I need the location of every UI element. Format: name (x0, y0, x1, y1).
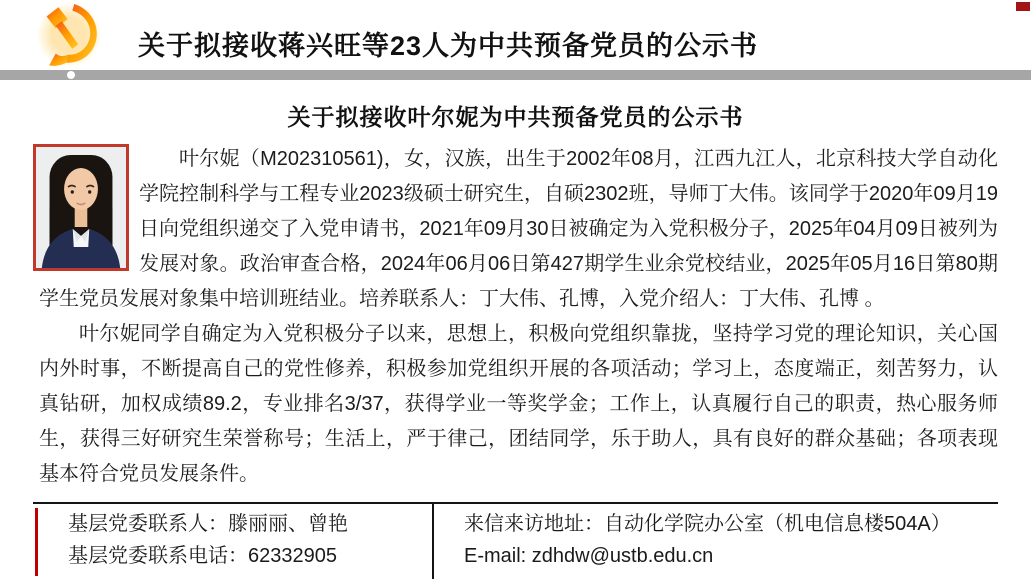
document-body: 叶尔妮（M202310561)，女，汉族，出生于2002年08月，江西九江人，北… (39, 142, 998, 492)
header-title: 关于拟接收蒋兴旺等23人为中共预备党员的公示书 (138, 24, 758, 63)
divider-dot-icon (67, 71, 75, 79)
footer-red-accent (35, 508, 38, 576)
committee-contact: 基层党委联系人：滕丽丽、曾艳 (68, 508, 348, 540)
email-address: E-mail: zdhdw@ustb.edu.cn (464, 540, 951, 572)
committee-phone: 基层党委联系电话：62332905 (68, 540, 348, 572)
document-title: 关于拟接收叶尔妮为中共预备党员的公示书 (0, 99, 1031, 132)
footer-vertical-divider (432, 504, 434, 579)
corner-accent-square (1016, 2, 1030, 11)
visit-address: 来信来访地址：自动化学院办公室（机电信息楼504A） (464, 508, 951, 540)
paragraph-2: 叶尔妮同学自确定为入党积极分子以来，思想上，积极向党组织靠拢，坚持学习党的理论知… (39, 317, 998, 492)
footer-divider-line (33, 502, 998, 504)
paragraph-1: 叶尔妮（M202310561)，女，汉族，出生于2002年08月，江西九江人，北… (39, 142, 998, 317)
applicant-photo (33, 144, 129, 271)
footer-right-block: 来信来访地址：自动化学院办公室（机电信息楼504A） E-mail: zdhdw… (464, 508, 951, 572)
divider-bar (0, 70, 1031, 80)
footer-left-block: 基层党委联系人：滕丽丽、曾艳 基层党委联系电话：62332905 (68, 508, 348, 572)
party-emblem-icon (36, 1, 102, 69)
